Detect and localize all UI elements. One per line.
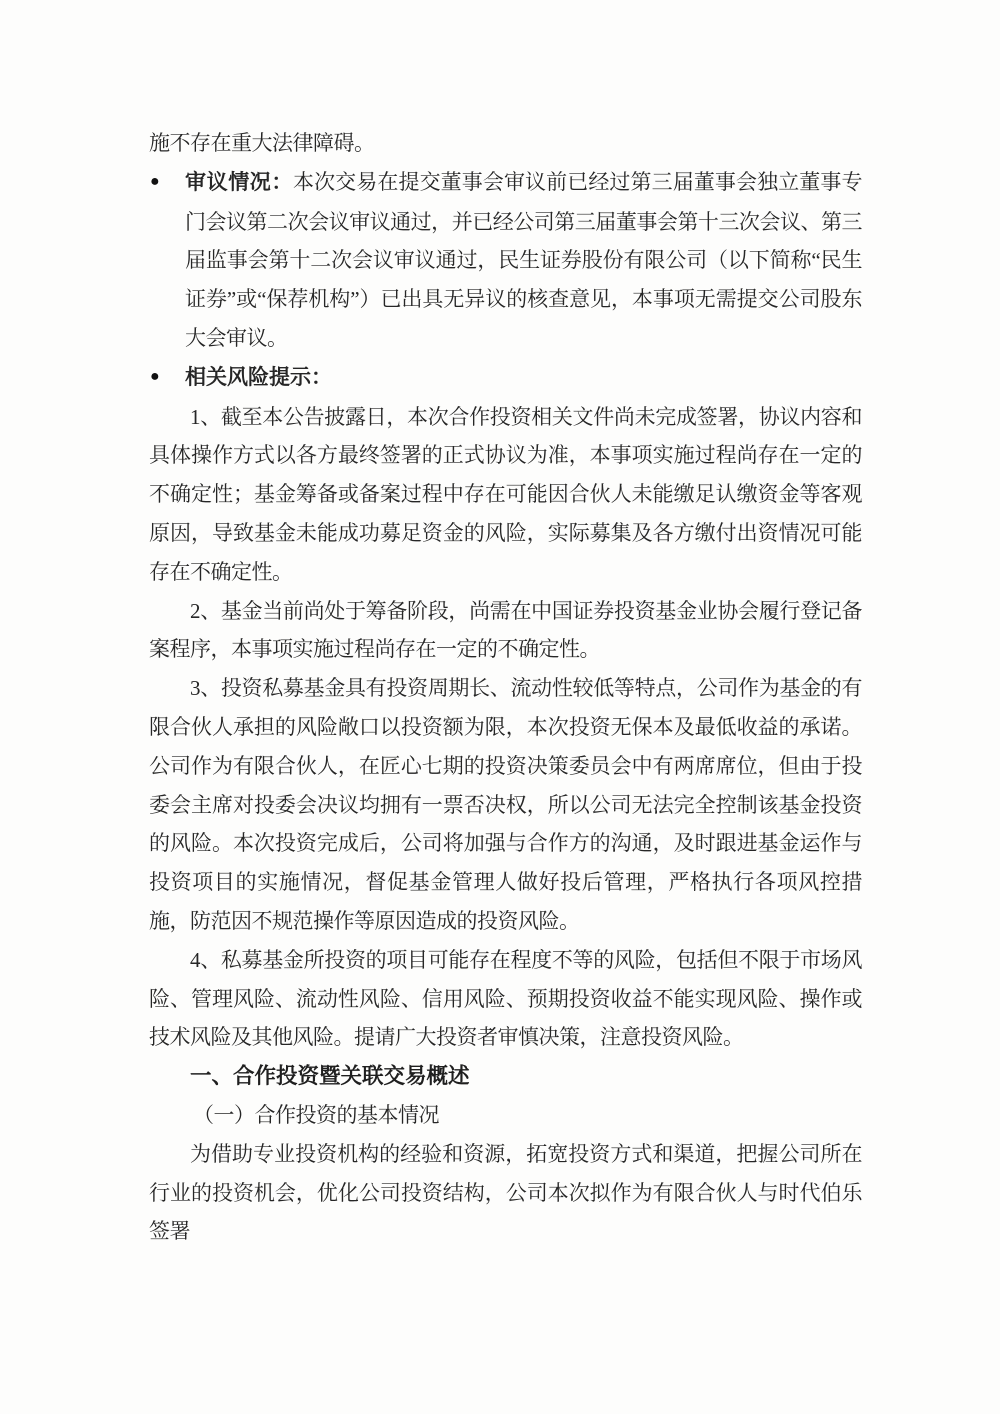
paragraph-continuation: 施不存在重大法律障碍。 bbox=[149, 124, 826, 163]
bullet-risk-label: 相关风险提示： bbox=[185, 366, 332, 389]
risk-paragraph-4: 4、私募基金所投资的项目可能存在程度不等的风险，包括但不限于市场风险、管理风险、… bbox=[149, 941, 862, 1057]
bullet-review-text: 本次交易在提交董事会审议前已经过第三届董事会独立董事专门会议第二次会议审议通过，… bbox=[185, 170, 862, 350]
document-page: 施不存在重大法律障碍。 ●审议情况：本次交易在提交董事会审议前已经过第三届董事会… bbox=[0, 0, 1000, 1414]
subsection-heading: （一）合作投资的基本情况 bbox=[149, 1096, 862, 1135]
risk-paragraph-2: 2、基金当前尚处于筹备阶段，尚需在中国证券投资基金业协会履行登记备案程序，本事项… bbox=[149, 592, 862, 670]
body-paragraph: 为借助专业投资机构的经验和资源，拓宽投资方式和渠道，把握公司所在行业的投资机会，… bbox=[149, 1135, 862, 1251]
section-heading: 一、合作投资暨关联交易概述 bbox=[149, 1057, 862, 1096]
risk-paragraph-3: 3、投资私募基金具有投资周期长、流动性较低等特点，公司作为基金的有限合伙人承担的… bbox=[149, 669, 862, 941]
bullet-icon: ● bbox=[150, 358, 159, 397]
bullet-review-label: 审议情况： bbox=[185, 171, 293, 194]
bullet-item-risk-notice: ●相关风险提示： bbox=[185, 358, 862, 398]
risk-paragraph-1: 1、截至本公告披露日，本次合作投资相关文件尚未完成签署，协议内容和具体操作方式以… bbox=[149, 398, 862, 592]
bullet-item-review: ●审议情况：本次交易在提交董事会审议前已经过第三届董事会独立董事专门会议第二次会… bbox=[185, 163, 862, 358]
bullet-icon: ● bbox=[150, 163, 159, 202]
